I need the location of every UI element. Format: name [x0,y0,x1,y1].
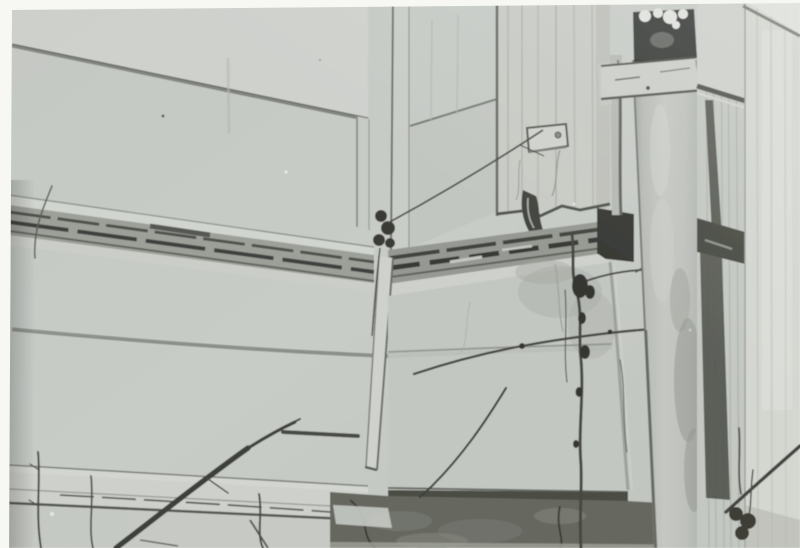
photo-area [0,0,800,548]
film-grain [0,0,800,548]
photo-canvas: Black-and-white photograph of the corner… [0,0,800,548]
scanned-photo-page: black-and-white photograph Black-and-whi… [0,0,800,548]
photograph: black-and-white photograph Black-and-whi… [0,0,800,548]
